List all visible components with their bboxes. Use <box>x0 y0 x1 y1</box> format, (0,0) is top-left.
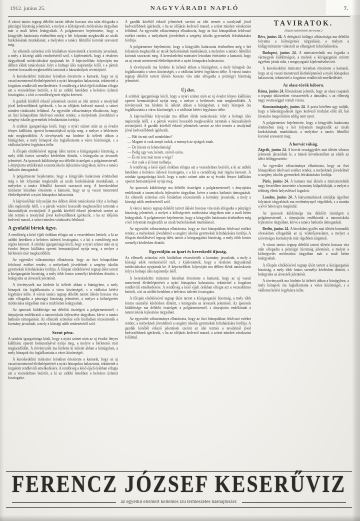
body-paragraph: A városi tanács tegnap délelőtt tartott … <box>258 243 349 261</box>
page-number: 7. <box>344 6 348 12</box>
dateline: Zágráb, junius 24. <box>258 148 288 152</box>
column-left: A városi tanács tegnap délelőtt tartott … <box>8 20 118 470</box>
body-paragraph: Az egyesület választmánya elhatározta, h… <box>125 227 251 245</box>
body-paragraph: Az ellenzék szónokai erős birálatban rés… <box>8 50 118 73</box>
body-paragraph: Az iparosok küldöttsége ma délelőtt tisz… <box>258 211 349 225</box>
dateline: Páris, junius 24. <box>263 180 291 184</box>
column-right-text: TÁVIRATOK.(Saját tudósitónk táviratai.)B… <box>258 20 349 293</box>
body-paragraph: A képviselőház folyosóján ma délben élén… <box>125 115 251 133</box>
ad-title: FERENCZ JÓZSEF KESERŰVIZ <box>0 471 358 499</box>
dialogue-line: — Azt csak a jó Isten tudhatja. <box>125 161 251 166</box>
masthead-title: NAGYVÁRADI NAPLÓ <box>150 5 239 12</box>
credit-line: (Saját tudósitónk táviratai.) <box>258 29 349 34</box>
body-paragraph: A városi tanács tegnap délelőtt tartott … <box>125 207 251 225</box>
tagline-rule-left <box>12 502 116 503</box>
body-paragraph: A gazdák köréből érkező jelentések szeri… <box>8 100 118 123</box>
body-paragraph: A szinház igazgatósága közli, hogy a nyá… <box>8 337 118 355</box>
ad-tagline: az egyedül elismert kellemes izü termész… <box>121 500 238 505</box>
body-paragraph: A törvényszék ma hirdette ki itéletét ab… <box>8 283 118 306</box>
body-paragraph: London, junius 24. A bányamunkások sztrá… <box>258 195 349 209</box>
newspaper-page: 1912. junius 25. NAGYVÁRADI NAPLÓ 7. A v… <box>0 0 360 521</box>
body-paragraph: A kereskedelmi miniszter leiratban értes… <box>8 75 118 98</box>
body-paragraph: Konstantinápoly, junius 24. A porta köré… <box>258 105 349 119</box>
body-paragraph: A polgármester bejelentette, hogy a közg… <box>125 45 251 63</box>
body-paragraph: Budapest, junius 24. A miniszterelnök ma… <box>258 51 349 65</box>
body-paragraph: A szinház igazgatósága közli, hogy a nyá… <box>125 94 251 112</box>
scan-edge-right <box>352 0 360 521</box>
body-paragraph: A főispán elnöklésével tegnap ülést tart… <box>125 297 251 315</box>
body-paragraph: A kereskedelmi miniszter leiratban értes… <box>258 67 349 81</box>
dialogue-line: — Magam is csak annyit tudok, a mennyit … <box>125 140 251 145</box>
body-paragraph: Bécs, junius 24. A delegáció külügyi alb… <box>258 35 349 49</box>
ad-bottom-rule <box>6 507 352 508</box>
body-paragraph: Az ellenzék szónokai erős birálatban rés… <box>125 256 251 274</box>
body-paragraph: Az iparosok küldöttsége ma délelőtt tisz… <box>125 186 251 204</box>
body-paragraph: A főispán elnöklésével tegnap ülést tart… <box>8 150 118 173</box>
body-paragraph: A szinház igazgatósága közli, hogy a nyá… <box>8 125 118 148</box>
body-paragraph: A rendőrség a késő éjjeli órákban elfogt… <box>8 233 118 256</box>
body-paragraph: A városi tanács tegnap délelőtt tartott … <box>8 20 118 48</box>
body-paragraph: Zágráb, junius 24. A horvát országgyülés… <box>258 148 349 162</box>
article-heading: Egyesüljön az ipari és kereskedő ifjuság… <box>127 249 249 254</box>
article-heading: Új élet. <box>127 87 249 92</box>
body-paragraph: A gazdák köréből érkező jelentések szeri… <box>125 20 251 43</box>
dateline: Berlin, junius 24. <box>263 227 291 231</box>
scan-edge-bottom <box>0 515 360 521</box>
advertisement-block: FERENCZ JÓZSEF KESERŰVIZ az egyedül elis… <box>0 471 358 508</box>
body-paragraph: A polgármester bejelentette, hogy a közg… <box>8 175 118 198</box>
body-paragraph: Róma, junius 24. Hivatalosan jelentik, h… <box>258 89 349 103</box>
body-paragraph: Az egyesület választmánya elhatározta, h… <box>8 258 118 281</box>
column-middle-text: A gazdák köréből érkező jelentések szeri… <box>125 20 251 340</box>
body-paragraph: A törvényszék ma hirdette ki itéletét ab… <box>258 279 349 293</box>
tagline-rule-right <box>242 502 346 503</box>
scan-edge-left <box>0 0 4 521</box>
body-paragraph: A kereskedelmi miniszter leiratban értes… <box>125 276 251 294</box>
issue-date: 1912. junius 25. <box>10 6 45 12</box>
body-paragraph: A törvényszék ma hirdette ki itéletét ab… <box>125 65 251 83</box>
body-paragraph: A főispán elnöklésével tegnap ülést tart… <box>258 263 349 277</box>
column-right: TÁVIRATOK.(Saját tudósitónk táviratai.)B… <box>258 20 349 470</box>
section-title: TÁVIRATOK. <box>258 20 349 28</box>
dialogue-line: — És mi lesz már most a vége? <box>125 156 251 161</box>
body-paragraph: A rendőrség a késő éjjeli órákban elfogt… <box>125 166 251 184</box>
body-paragraph: A képviselőház folyosóján ma délben élén… <box>8 200 118 223</box>
dateline: London, junius 24. <box>263 195 295 199</box>
body-paragraph: Páris, junius 24. A kamara mai ülésén a … <box>258 180 349 194</box>
dialogue-line: — Pedig ugy van, kérem, szóról-szóra. <box>125 150 251 155</box>
article-columns: A városi tanács tegnap délelőtt tartott … <box>8 20 349 470</box>
article-heading: A gyulafái birtok ügye. <box>8 226 118 232</box>
column-left-text: A városi tanács tegnap délelőtt tartott … <box>8 20 118 381</box>
sub-heading: A horvát válság. <box>258 142 349 147</box>
dateline: Bécs, junius 24. <box>258 35 284 39</box>
dateline: Budapest, junius 24. <box>263 51 299 55</box>
body-paragraph: A polgármester bejelentette, hogy a közg… <box>258 121 349 139</box>
body-paragraph: Az egyesület választmánya elhatározta, h… <box>125 317 251 340</box>
page-header: 1912. junius 25. NAGYVÁRADI NAPLÓ 7. <box>10 5 348 12</box>
dateline: Róma, junius 24. <box>258 89 285 93</box>
column-middle: A gazdák köréből érkező jelentések szeri… <box>125 20 251 470</box>
body-paragraph: A kereskedelmi miniszter leiratban értes… <box>8 358 118 381</box>
dateline: Konstantinápoly, junius 24. <box>263 105 307 109</box>
sub-heading: Az olasz-török háboru. <box>258 83 349 88</box>
body-paragraph: Berlin, junius 24. A birodalmi gyülés ma… <box>258 227 349 241</box>
ad-tagline-row: az egyedül elismert kellemes izü termész… <box>12 500 346 505</box>
dialogue-line: — Hát ön mit szól mindehhez? <box>125 135 251 140</box>
body-paragraph: Az iparosok küldöttsége ma délelőtt tisz… <box>8 308 118 326</box>
header-rule <box>8 16 350 17</box>
body-paragraph: Az egyesület választmánya elhatározta, h… <box>258 164 349 178</box>
article-heading: Szent pénz. <box>10 330 116 335</box>
dialogue-line: — De hiszen ez lehetetlenség! <box>125 145 251 150</box>
